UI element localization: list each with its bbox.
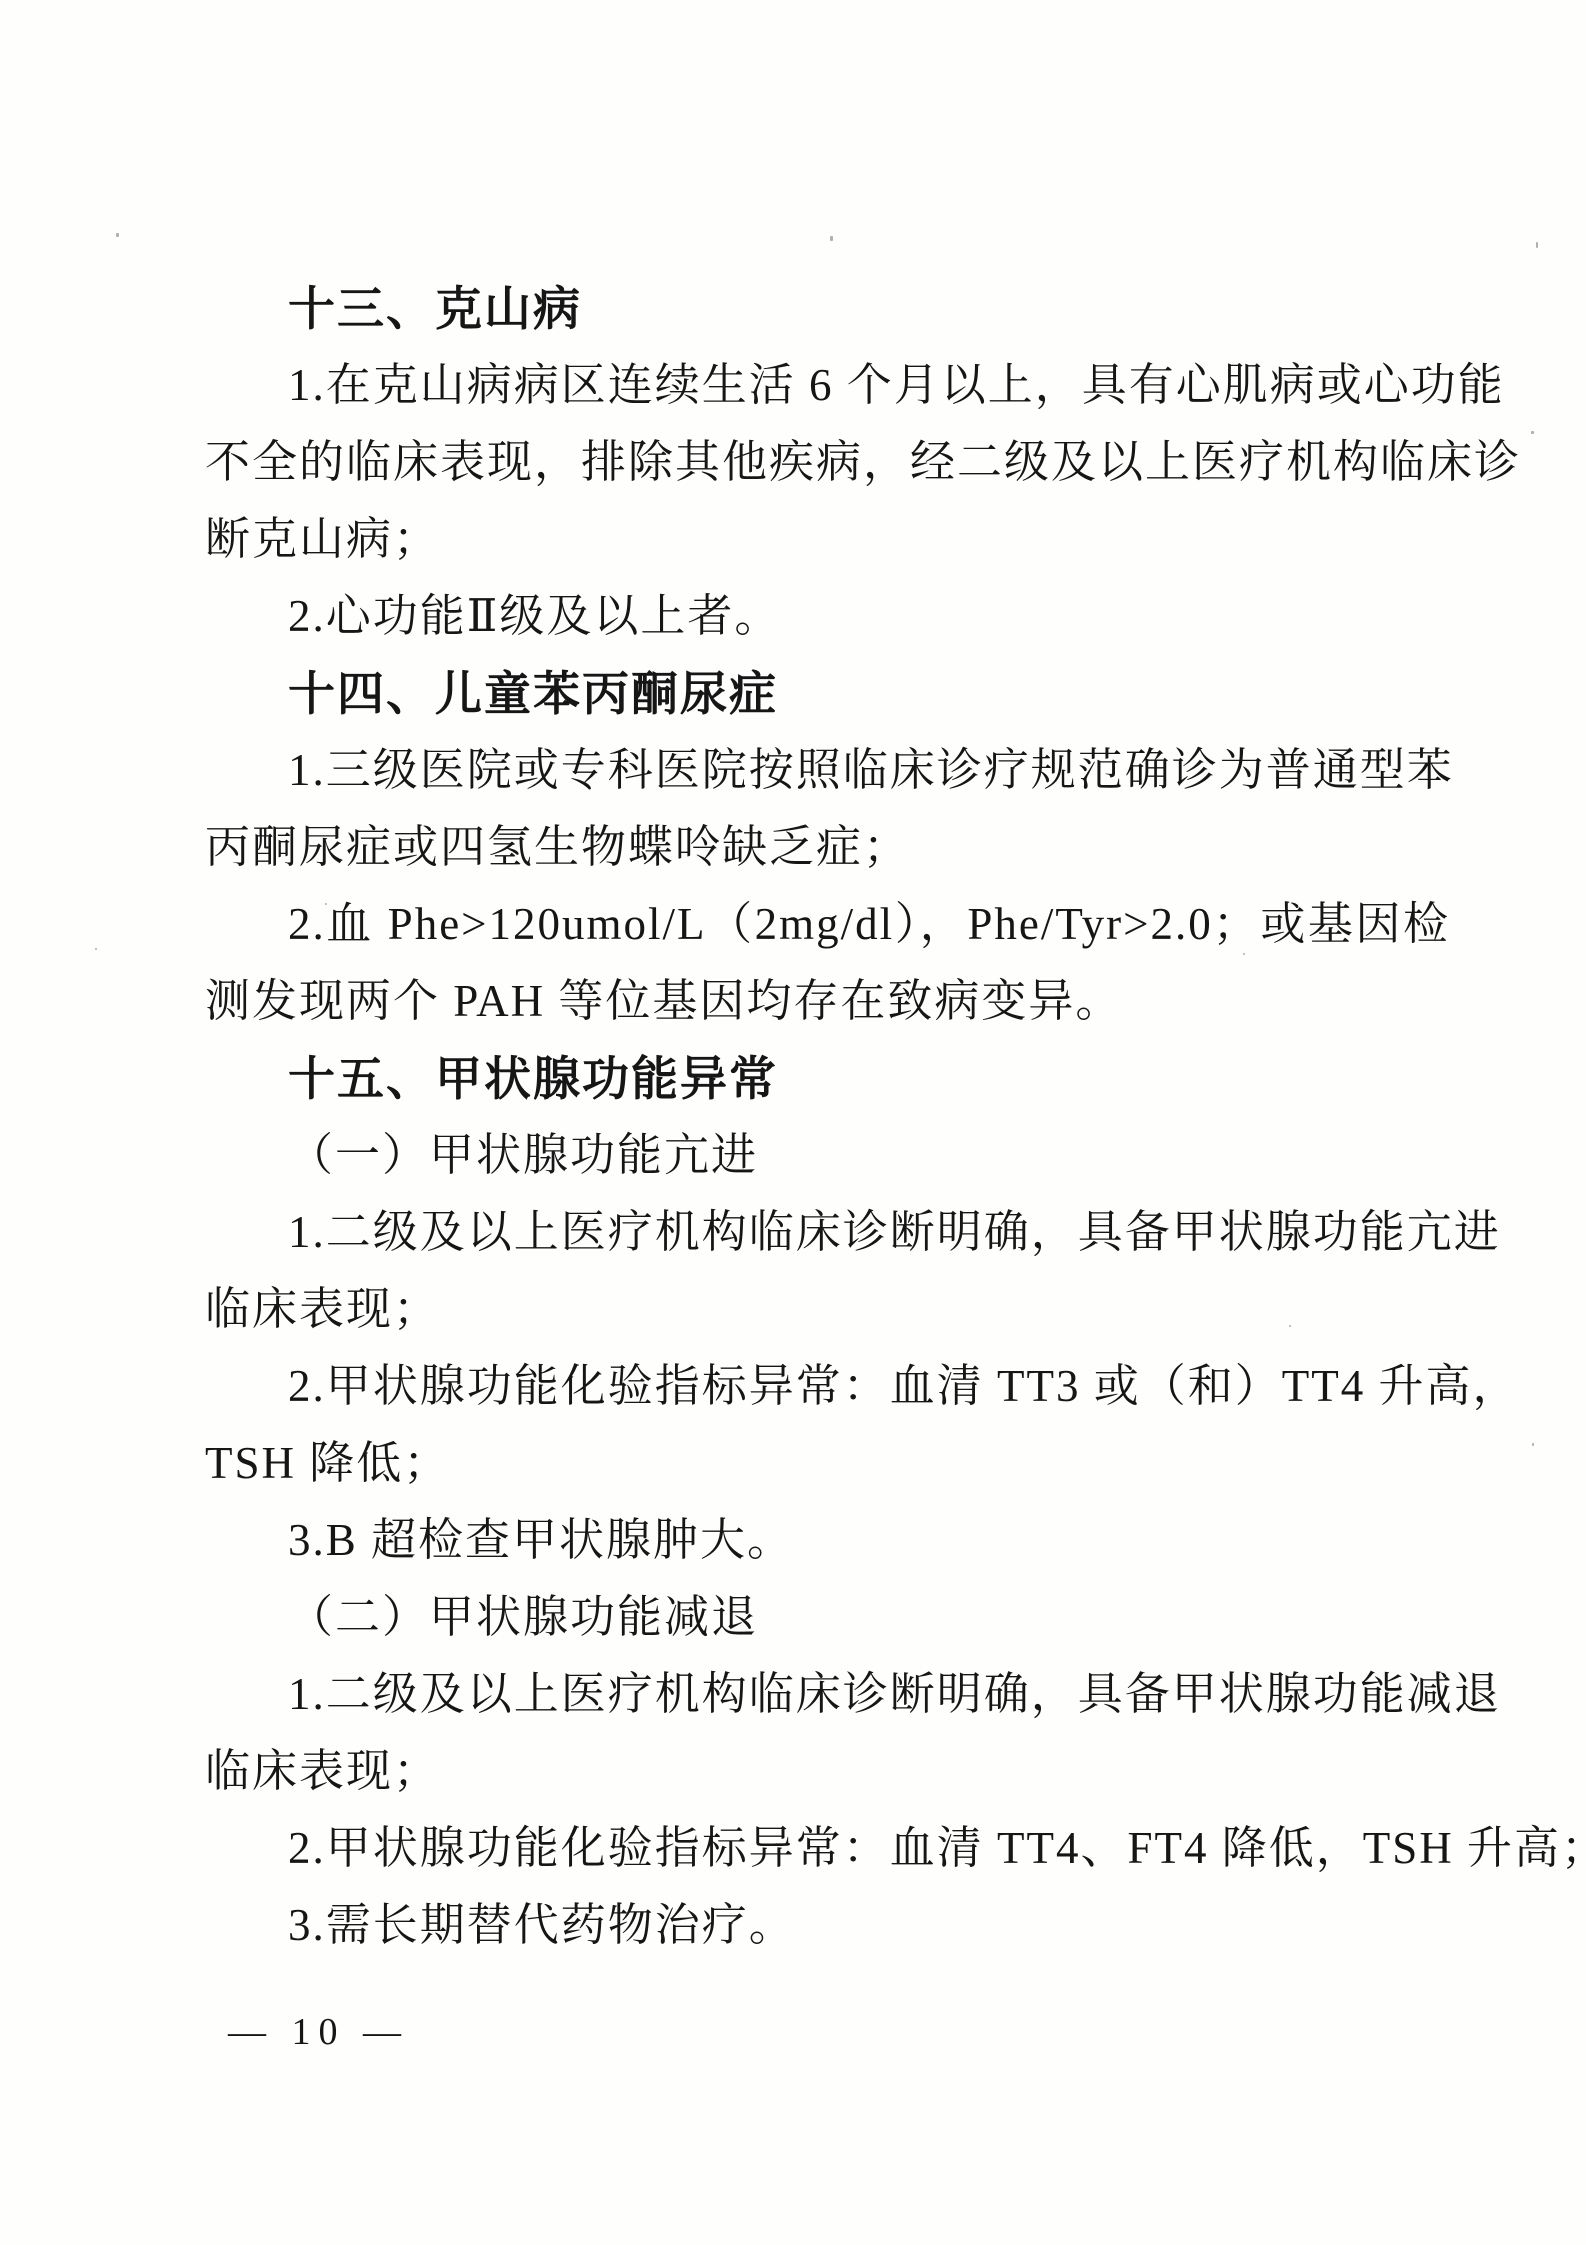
scan-speck: [1243, 953, 1245, 955]
text-line: 1.在克山病病区连续生活 6 个月以上，具有心肌病或心功能: [205, 347, 1450, 424]
text-line: 临床表现；: [205, 1733, 1450, 1810]
text-line: 临床表现；: [205, 1271, 1450, 1348]
scan-speck: [1536, 242, 1538, 248]
text-line: 3.B 超检查甲状腺肿大。: [205, 1502, 1450, 1579]
text-line: 1.三级医院或专科医院按照临床诊疗规范确诊为普通型苯: [205, 732, 1450, 809]
scan-speck: [116, 233, 119, 237]
scan-speck: [1289, 1325, 1291, 1327]
text-line: 丙酮尿症或四氢生物蝶呤缺乏症；: [205, 809, 1450, 886]
scan-speck: [724, 607, 726, 609]
page-number: — 10 —: [228, 2002, 409, 2062]
document-page: 十三、克山病 1.在克山病病区连续生活 6 个月以上，具有心肌病或心功能 不全的…: [0, 0, 1586, 2245]
section-15-heading: 十五、甲状腺功能异常: [205, 1040, 1450, 1117]
scan-speck: [325, 903, 327, 905]
text-line: 测发现两个 PAH 等位基因均存在致病变异。: [205, 963, 1450, 1040]
text-line: 3.需长期替代药物治疗。: [205, 1887, 1450, 1964]
text-line: 1.二级及以上医疗机构临床诊断明确，具备甲状腺功能减退: [205, 1656, 1450, 1733]
section-14-heading: 十四、儿童苯丙酮尿症: [205, 655, 1450, 732]
document-text-block: 十三、克山病 1.在克山病病区连续生活 6 个月以上，具有心肌病或心功能 不全的…: [205, 270, 1450, 1964]
text-line: 不全的临床表现，排除其他疾病，经二级及以上医疗机构临床诊: [205, 424, 1450, 501]
text-line: 1.二级及以上医疗机构临床诊断明确，具备甲状腺功能亢进: [205, 1194, 1450, 1271]
text-line: 2.血 Phe>120umol/L（2mg/dl），Phe/Tyr>2.0；或基…: [205, 886, 1450, 963]
text-line: 断克山病；: [205, 501, 1450, 578]
section-13-heading: 十三、克山病: [205, 270, 1450, 347]
scan-speck: [1531, 431, 1534, 434]
text-line: 2.心功能Ⅱ级及以上者。: [205, 578, 1450, 655]
text-line: 2.甲状腺功能化验指标异常：血清 TT4、FT4 降低，TSH 升高；: [205, 1810, 1450, 1887]
scan-speck: [830, 236, 833, 241]
text-line: TSH 降低；: [205, 1425, 1450, 1502]
scan-speck: [95, 948, 97, 950]
text-line: 2.甲状腺功能化验指标异常：血清 TT3 或（和）TT4 升高，: [205, 1348, 1450, 1425]
subsection-1-heading: （一）甲状腺功能亢进: [205, 1117, 1450, 1194]
scan-speck: [1532, 1443, 1534, 1446]
subsection-2-heading: （二）甲状腺功能减退: [205, 1579, 1450, 1656]
